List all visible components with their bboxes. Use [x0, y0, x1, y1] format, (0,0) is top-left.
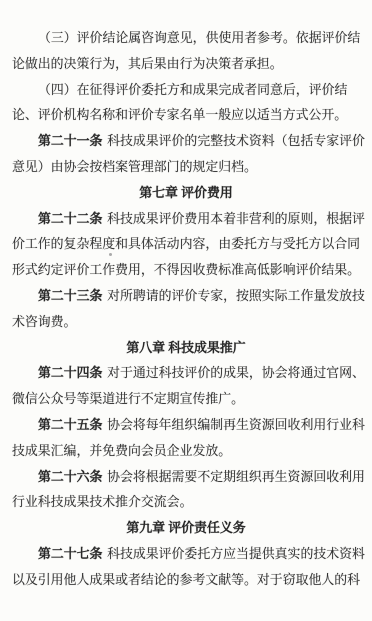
- article-number: 第二十五条: [38, 418, 102, 432]
- text-line: 第二十二条科技成果评价费用本着非营利的原则，根据评: [12, 207, 360, 233]
- text-line: 技成果汇编，并免费向会员企业发放。: [12, 439, 360, 465]
- article-text: 协会将根据需要不定期组织再生资源回收利用: [107, 470, 365, 484]
- text-line: 第二十六条协会将根据需要不定期组织再生资源回收利用: [12, 465, 360, 491]
- text-line: 第二十七条科技成果评价委托方应当提供真实的技术资料: [12, 542, 360, 568]
- article-text: 对于通过科技评价的成果，协会将通过官网、: [107, 366, 365, 380]
- article-number: 第二十三条: [38, 289, 102, 303]
- chapter-heading: 第七章 评价费用: [12, 181, 360, 207]
- article-number: 第二十六条: [38, 470, 102, 484]
- text-line: 论做出的决策行为，其后果由行为决策者承担。: [12, 52, 360, 78]
- chapter-heading: 第九章 评价责任义务: [12, 516, 360, 542]
- document-body: （三）评价结论属咨询意见，供使用者参考。依据评价结论做出的决策行为，其后果由行为…: [12, 26, 360, 594]
- article-number: 第二十一条: [38, 134, 102, 148]
- article-number: 第二十二条: [38, 212, 102, 226]
- text-line: 论、评价机构名称和评价专家名单一般应以适当方式公开。: [12, 103, 360, 129]
- article-text: 科技成果评价的完整技术资料（包括专家评价: [107, 134, 365, 148]
- text-line: 意见）由协会按档案管理部门的规定归档。: [12, 155, 360, 181]
- text-line: 行业科技成果技术推介交流会。: [12, 490, 360, 516]
- text-line: 术咨询费。: [12, 310, 360, 336]
- chapter-heading: 第八章 科技成果推广: [12, 336, 360, 362]
- article-text: 科技成果评价费用本着非营利的原则，根据评: [107, 212, 365, 226]
- text-line: 第二十三条对所聘请的评价专家，按照实际工作量发放技: [12, 284, 360, 310]
- text-line: 第二十四条对于通过科技评价的成果，协会将通过官网、: [12, 361, 360, 387]
- article-text: 对所聘请的评价专家，按照实际工作量发放技: [107, 289, 365, 303]
- text-line: 形式约定评价工作费用，不得因收费标准高低影响评价结果。: [12, 258, 360, 284]
- text-line: 第二十五条协会将每年组织编制再生资源回收利用行业科: [12, 413, 360, 439]
- text-line: 微信公众号等渠道进行不定期宣传推广。: [12, 387, 360, 413]
- text-line: 第二十一条科技成果评价的完整技术资料（包括专家评价: [12, 129, 360, 155]
- text-line: （四）在征得评价委托方和成果完成者同意后，评价结: [12, 78, 360, 104]
- article-text: 科技成果评价委托方应当提供真实的技术资料: [107, 547, 365, 561]
- article-text: 协会将每年组织编制再生资源回收利用行业科: [107, 418, 365, 432]
- text-line: 以及引用他人成果或者结论的参考文献等。对于窃取他人的科: [12, 568, 360, 594]
- document-page: （三）评价结论属咨询意见，供使用者参考。依据评价结论做出的决策行为，其后果由行为…: [0, 0, 372, 621]
- text-line: 价工作的复杂程度和具体活动内容，由委托方与受托方以合同: [12, 232, 360, 258]
- text-line: （三）评价结论属咨询意见，供使用者参考。依据评价结: [12, 26, 360, 52]
- article-number: 第二十七条: [38, 547, 102, 561]
- article-number: 第二十四条: [38, 366, 102, 380]
